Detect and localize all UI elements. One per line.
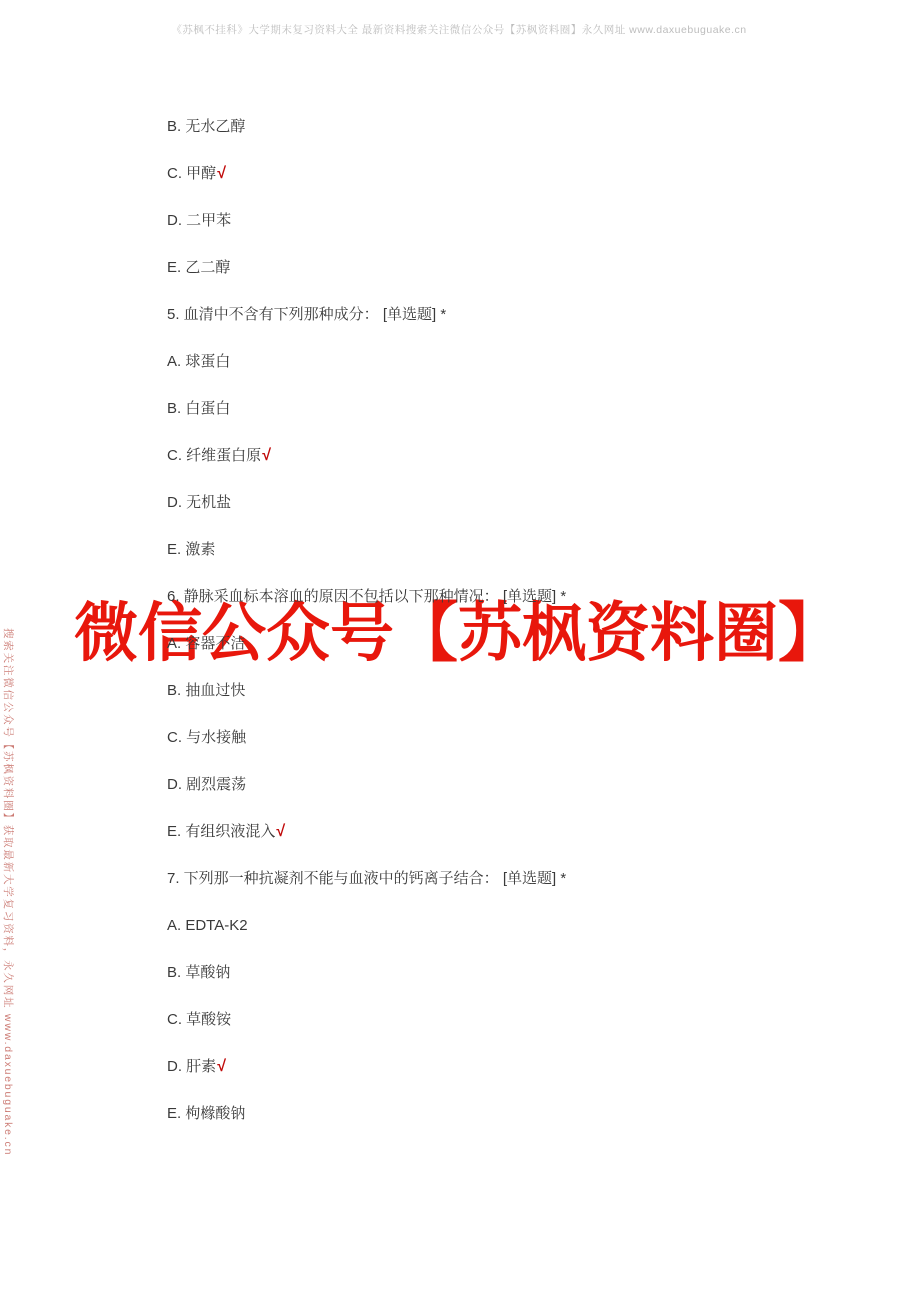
answer-option-line: C. 纤维蛋白原√ [167,447,888,464]
header-watermark-text: 《苏枫不挂科》大学期末复习资料大全 最新资料搜索关注微信公众号【苏枫资料圈】永久… [0,22,918,37]
required-asterisk: * [436,306,446,323]
option-label: C. [167,1011,186,1028]
option-text: 白蛋白 [185,400,230,417]
answer-option-line: E. 乙二醇 [167,259,888,276]
option-label: E. [167,259,185,276]
document-page: 《苏枫不挂科》大学期末复习资料大全 最新资料搜索关注微信公众号【苏枫资料圈】永久… [0,0,918,1298]
option-text: 激素 [185,541,215,558]
option-label: A. [167,917,185,934]
answer-option-line: A. EDTA-K2 [167,917,888,934]
option-label: A. [167,353,185,370]
checkmark-icon: √ [217,1058,226,1075]
option-text: 二甲苯 [186,212,231,229]
option-label: D. [167,776,186,793]
option-label: B. [167,118,185,135]
answer-option-line: D. 肝素√ [167,1058,888,1075]
answer-option-line: A. 容器不洁 [167,635,888,652]
option-label: E. [167,1105,185,1122]
option-text: 无水乙醇 [185,118,245,135]
option-text: 甲醇 [186,165,216,182]
answer-option-line: D. 剧烈震荡 [167,776,888,793]
required-asterisk: * [556,588,566,605]
answer-option-line: E. 激素 [167,541,888,558]
question-number-and-stem: 7. 下列那一种抗凝剂不能与血液中的钙离子结合： [167,870,499,887]
option-label: B. [167,682,185,699]
option-text: EDTA-K2 [185,917,247,934]
answer-option-line: C. 甲醇√ [167,165,888,182]
option-label: B. [167,964,185,981]
option-text: 与水接触 [186,729,246,746]
question-stem-line: 5. 血清中不含有下列那种成分： [单选题] * [167,306,888,323]
checkmark-icon: √ [217,165,226,182]
answer-option-line: C. 与水接触 [167,729,888,746]
option-label: E. [167,823,185,840]
answer-option-line: B. 无水乙醇 [167,118,888,135]
answer-option-line: D. 二甲苯 [167,212,888,229]
option-text: 草酸钠 [185,964,230,981]
option-text: 纤维蛋白原 [186,447,261,464]
question-number-and-stem: 5. 血清中不含有下列那种成分： [167,306,379,323]
option-label: E. [167,541,185,558]
option-text: 球蛋白 [185,353,230,370]
question-stem-line: 6. 静脉采血标本溶血的原因不包括以下那种情况： [单选题] * [167,588,888,605]
answer-option-line: B. 白蛋白 [167,400,888,417]
option-label: D. [167,494,186,511]
option-text: 有组织液混入 [185,823,275,840]
question-type-tag: [单选题] [499,588,557,605]
checkmark-icon: √ [276,823,285,840]
option-label: C. [167,165,186,182]
question-type-tag: [单选题] [379,306,437,323]
option-label: B. [167,400,185,417]
checkmark-icon: √ [262,447,271,464]
option-label: C. [167,729,186,746]
option-label: D. [167,1058,186,1075]
option-label: A. [167,635,185,652]
questions-list: B. 无水乙醇C. 甲醇√D. 二甲苯E. 乙二醇5. 血清中不含有下列那种成分… [167,118,888,1152]
option-text: 肝素 [186,1058,216,1075]
left-vertical-watermark: 搜索关注微信公众号【苏枫资料圈】获取最新大学复习资料，永久网址 www.daxu… [1,628,16,1156]
question-type-tag: [单选题] [499,870,557,887]
question-stem-line: 7. 下列那一种抗凝剂不能与血液中的钙离子结合： [单选题] * [167,870,888,887]
answer-option-line: A. 球蛋白 [167,353,888,370]
answer-option-line: E. 枸橼酸钠 [167,1105,888,1122]
option-text: 无机盐 [186,494,231,511]
answer-option-line: B. 抽血过快 [167,682,888,699]
option-text: 乙二醇 [185,259,230,276]
option-label: C. [167,447,186,464]
required-asterisk: * [556,870,566,887]
option-text: 容器不洁 [185,635,245,652]
option-label: D. [167,212,186,229]
option-text: 剧烈震荡 [186,776,246,793]
answer-option-line: C. 草酸铵 [167,1011,888,1028]
answer-option-line: D. 无机盐 [167,494,888,511]
answer-option-line: B. 草酸钠 [167,964,888,981]
option-text: 枸橼酸钠 [185,1105,245,1122]
answer-option-line: E. 有组织液混入√ [167,823,888,840]
option-text: 草酸铵 [186,1011,231,1028]
question-number-and-stem: 6. 静脉采血标本溶血的原因不包括以下那种情况： [167,588,499,605]
option-text: 抽血过快 [185,682,245,699]
